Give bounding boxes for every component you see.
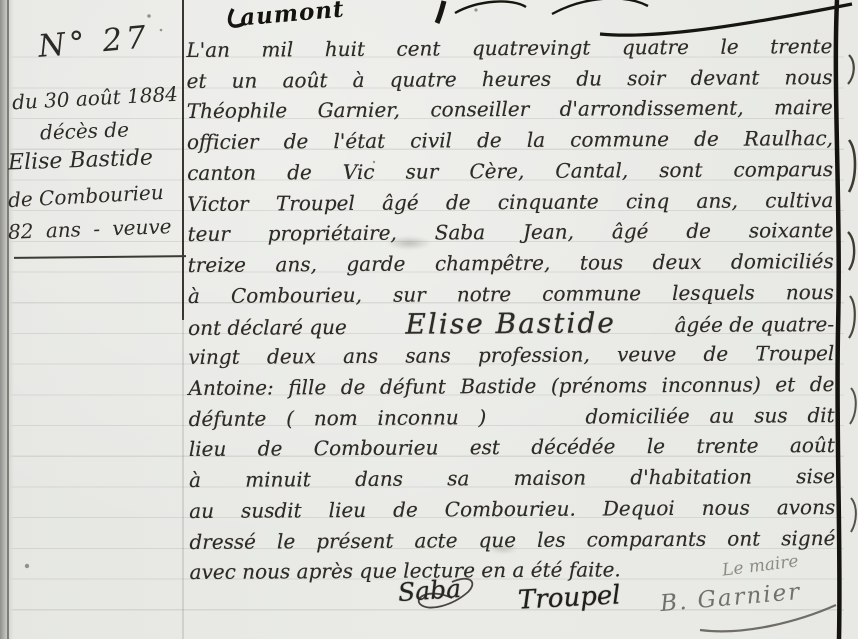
body-line: à minuit dans sa maison d'habitation sis… xyxy=(189,461,835,496)
margin-separator-line xyxy=(182,0,184,320)
body-line: Antoine: fille de défunt Bastide (prénom… xyxy=(188,369,834,404)
declaration-suffix: âgée de quatre- xyxy=(674,309,834,341)
deceased-name-margin: Elise Bastide xyxy=(8,145,154,175)
declaration-prefix: ont déclaré que xyxy=(188,312,347,344)
body-line: treize ans, garde champêtre, tous deux d… xyxy=(188,246,834,281)
body-line: au susdit lieu de Combourieu. Dequoi nou… xyxy=(189,492,835,527)
body-line: lieu de Combourieu est décédée le trente… xyxy=(189,430,835,465)
previous-act-fragment: aumont xyxy=(239,0,346,32)
record-number: N° 27 xyxy=(37,19,152,65)
binding-line xyxy=(836,0,840,639)
signature-witness-saba: Saba xyxy=(397,574,462,607)
margin-annotation: N° 27 du 30 août 1884 décès de Elise Bas… xyxy=(0,0,182,270)
body-line: L'an mil huit cent quatrevingt quatre le… xyxy=(186,31,832,66)
body-line: à Combourieu, sur notre commune lesquels… xyxy=(188,277,834,312)
deceased-place-margin: de Combourieu xyxy=(7,180,164,212)
signature-witness-troupel: Troupel xyxy=(517,580,621,615)
body-line-deceased-declaration: ont déclaré que Elise Bastide âgée de qu… xyxy=(188,307,834,342)
margin-bottom-rule xyxy=(14,255,186,259)
body-line: officier de l'état civil de la commune d… xyxy=(187,123,833,158)
body-line: Victor Troupel âgé de cinquante cinq ans… xyxy=(187,185,833,220)
civil-registry-page: aumont N° 27 du 30 août 1884 décès de El… xyxy=(0,0,858,639)
margin-separator-line-faint xyxy=(182,318,184,639)
body-line: canton de Vic sur Cère, Cantal, sont com… xyxy=(187,154,833,189)
deceased-age-status: 82 ans - veuve xyxy=(8,214,172,244)
body-line: vingt deux ans sans profession, veuve de… xyxy=(188,338,834,373)
deceased-name-body: Elise Bastide xyxy=(405,309,616,341)
ink-bleed-smudge xyxy=(386,236,432,250)
body-line: teur propriétaire, Saba Jean, âgé de soi… xyxy=(187,215,833,250)
body-line: défunte ( nom inconnu ) domiciliée au su… xyxy=(189,400,835,435)
body-line: et un août à quatre heures du soir devan… xyxy=(187,62,833,97)
record-date: du 30 août 1884 xyxy=(11,82,178,115)
ink-bleed-smudge xyxy=(488,544,518,554)
act-type-label: décès de xyxy=(40,117,130,144)
act-body-text: L'an mil huit cent quatrevingt quatre le… xyxy=(186,31,835,588)
body-line: Théophile Garnier, conseiller d'arrondis… xyxy=(187,92,833,127)
